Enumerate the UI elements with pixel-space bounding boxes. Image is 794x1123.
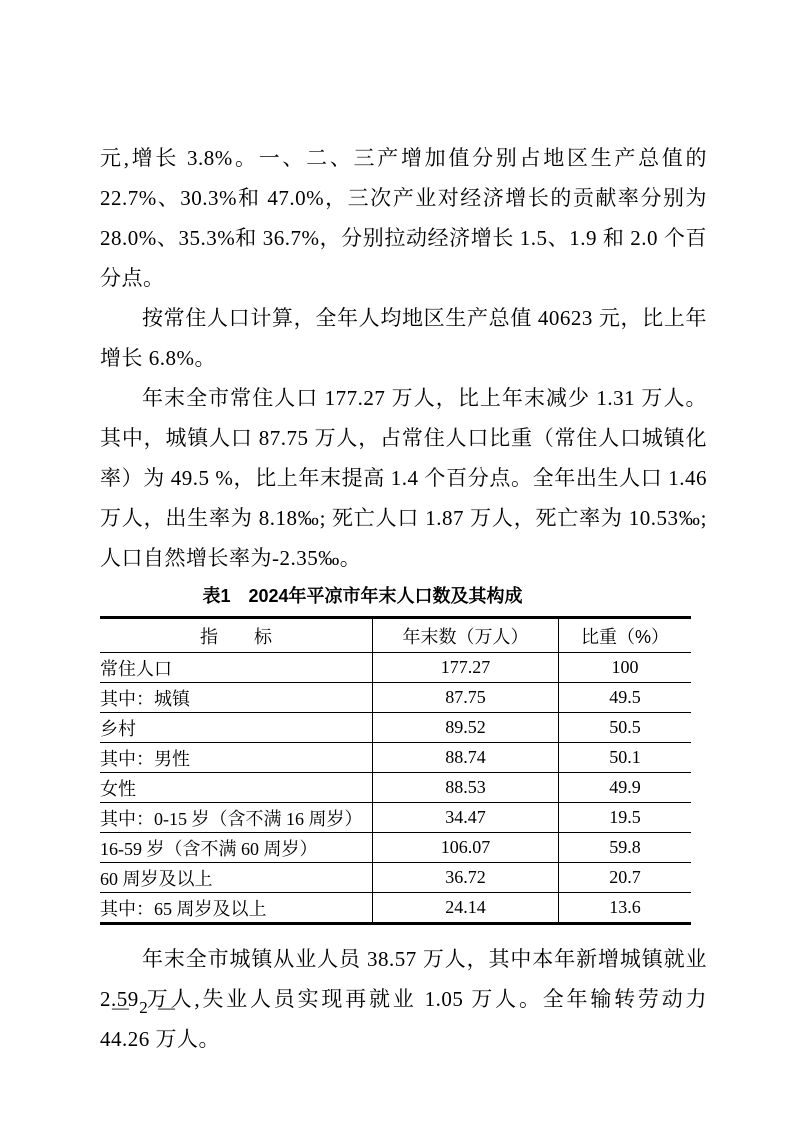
row-share-value: 59.8 — [559, 833, 692, 863]
paragraph-gdp-per-capita: 按常住人口计算，全年人均地区生产总值 40623 元，比上年增长 6.8%。 — [100, 298, 707, 378]
table-header-yearend-count: 年末数（万人） — [373, 618, 559, 653]
table-row: 16-59 岁（含不满 60 周岁）106.0759.8 — [100, 833, 691, 863]
paragraph-population: 年末全市常住人口 177.27 万人，比上年末减少 1.31 万人。其中，城镇人… — [100, 378, 707, 578]
row-yearend-value: 36.72 — [373, 863, 559, 893]
row-indicator-label: 16-59 岁（含不满 60 周岁） — [100, 833, 373, 863]
table-row: 其中：0-15 岁（含不满 16 周岁）34.4719.5 — [100, 803, 691, 833]
paragraph-gdp-structure: 元,增长 3.8%。一、二、三产增加值分别占地区生产总值的 22.7%、30.3… — [100, 138, 707, 298]
row-yearend-value: 34.47 — [373, 803, 559, 833]
row-yearend-value: 177.27 — [373, 653, 559, 683]
row-indicator-label: 乡村 — [100, 713, 373, 743]
row-yearend-value: 88.74 — [373, 743, 559, 773]
row-share-value: 100 — [559, 653, 692, 683]
row-share-value: 50.5 — [559, 713, 692, 743]
row-share-value: 13.6 — [559, 893, 692, 924]
table-title: 表1 2024年平凉市年末人口数及其构成 — [100, 582, 625, 608]
row-yearend-value: 24.14 — [373, 893, 559, 924]
row-indicator-label: 60 周岁及以上 — [100, 863, 373, 893]
row-indicator-label: 女性 — [100, 773, 373, 803]
paragraph-employment: 年末全市城镇从业人员 38.57 万人，其中本年新增城镇就业 2.59 万人,失… — [100, 939, 707, 1059]
row-share-value: 19.5 — [559, 803, 692, 833]
row-share-value: 49.5 — [559, 683, 692, 713]
row-share-value: 50.1 — [559, 743, 692, 773]
page-number: — 2 — — [112, 998, 178, 1018]
document-page: 元,增长 3.8%。一、二、三产增加值分别占地区生产总值的 22.7%、30.3… — [0, 0, 794, 1123]
table-row: 乡村89.5250.5 — [100, 713, 691, 743]
document-body: 元,增长 3.8%。一、二、三产增加值分别占地区生产总值的 22.7%、30.3… — [100, 138, 707, 1059]
table-row: 其中：城镇87.7549.5 — [100, 683, 691, 713]
table-row: 60 周岁及以上36.7220.7 — [100, 863, 691, 893]
table-row: 其中：男性88.7450.1 — [100, 743, 691, 773]
population-table-body: 常住人口177.27100其中：城镇87.7549.5乡村89.5250.5其中… — [100, 653, 691, 924]
row-indicator-label: 其中：65 周岁及以上 — [100, 893, 373, 924]
table-row: 女性88.5349.9 — [100, 773, 691, 803]
table-header-indicator: 指 标 — [100, 618, 373, 653]
table-header-row: 指 标 年末数（万人） 比重（%） — [100, 618, 691, 653]
table-row: 其中：65 周岁及以上24.1413.6 — [100, 893, 691, 924]
row-yearend-value: 88.53 — [373, 773, 559, 803]
table-row: 常住人口177.27100 — [100, 653, 691, 683]
row-yearend-value: 106.07 — [373, 833, 559, 863]
population-table: 指 标 年末数（万人） 比重（%） 常住人口177.27100其中：城镇87.7… — [100, 616, 691, 925]
table-header-share: 比重（%） — [559, 618, 692, 653]
row-indicator-label: 其中：0-15 岁（含不满 16 周岁） — [100, 803, 373, 833]
row-share-value: 20.7 — [559, 863, 692, 893]
row-indicator-label: 其中：男性 — [100, 743, 373, 773]
row-share-value: 49.9 — [559, 773, 692, 803]
row-yearend-value: 87.75 — [373, 683, 559, 713]
row-indicator-label: 其中：城镇 — [100, 683, 373, 713]
row-yearend-value: 89.52 — [373, 713, 559, 743]
row-indicator-label: 常住人口 — [100, 653, 373, 683]
